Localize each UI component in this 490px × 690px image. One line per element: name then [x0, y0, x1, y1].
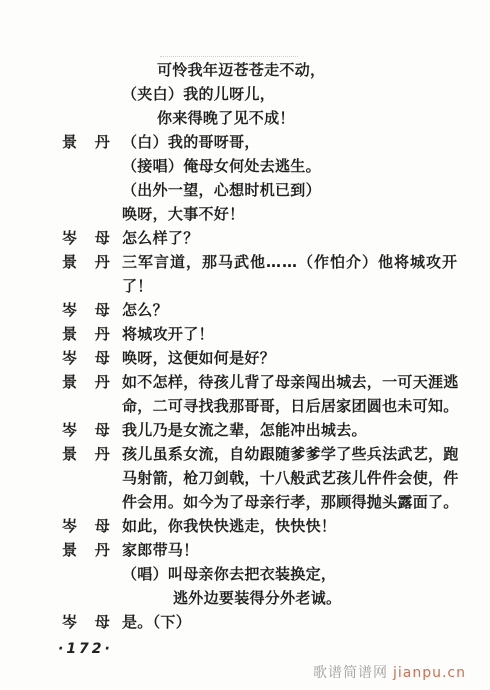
line-text: 了！: [122, 274, 153, 298]
watermark-site-url: jianpu.cn: [393, 665, 466, 681]
line-text: 唤呀，大事不好！: [122, 202, 244, 226]
watermark-site-name: 歌谱简谱网: [313, 665, 388, 681]
script-line: 逃外边要装得分外老诚。: [0, 586, 490, 610]
script-line: 命，二可寻找我那哥哥，日后居家团圆也未可知。: [0, 394, 490, 418]
script-line: 岑母如此，你我快快逃走，快快快！: [0, 514, 490, 538]
speaker-name: 景丹: [62, 370, 110, 394]
line-text: 将城攻开了！: [122, 322, 214, 346]
speaker-name: 景丹: [62, 538, 110, 562]
line-text: 命，二可寻找我那哥哥，日后居家团圆也未可知。: [122, 394, 459, 418]
speaker-name: 景丹: [62, 322, 110, 346]
script-line: （夹白）我的儿呀儿，: [0, 82, 490, 106]
line-text: （出外一望，心想时机已到）: [122, 178, 321, 202]
line-text: 三军言道，那马武他……（作怕介）他将城攻开: [122, 250, 458, 274]
script-line: 岑母是。（下）: [0, 610, 490, 634]
line-text: 你来得晚了见不成！: [157, 106, 295, 130]
script-line: 岑母怎么？: [0, 298, 490, 322]
script-line: 景丹三军言道，那马武他……（作怕介）他将城攻开: [0, 250, 490, 274]
script-line: （唱）叫母亲你去把衣装换定，: [0, 562, 490, 586]
speaker-name: 岑母: [62, 514, 110, 538]
line-text: 怎么样了？: [122, 226, 199, 250]
script-line: 景丹家郎带马！: [0, 538, 490, 562]
script-line: 了！: [0, 274, 490, 298]
speaker-name: 岑母: [62, 610, 110, 634]
script-line: 件会用。如今为了母亲行孝，那顾得抛头露面了。: [0, 490, 490, 514]
line-text: 我儿乃是女流之辈，怎能冲出城去。: [122, 418, 367, 442]
line-text: （接唱）俺母女何处去逃生。: [122, 154, 321, 178]
line-text: 如不怎样，待孩儿背了母亲闯出城去，一可天涯逃: [122, 370, 459, 394]
line-text: 是。（下）: [122, 610, 191, 634]
script-line: 景丹孩儿虽系女流，自幼跟随爹爹学了些兵法武艺，跑: [0, 442, 490, 466]
script-line: 景丹将城攻开了！: [0, 322, 490, 346]
script-line: 岑母怎么样了？: [0, 226, 490, 250]
line-text: 孩儿虽系女流，自幼跟随爹爹学了些兵法武艺，跑: [122, 442, 459, 466]
line-text: 件会用。如今为了母亲行孝，那顾得抛头露面了。: [122, 490, 459, 514]
speaker-name: 岑母: [62, 418, 110, 442]
script-line: 唤呀，大事不好！: [0, 202, 490, 226]
line-text: （唱）叫母亲你去把衣装换定，: [122, 562, 336, 586]
line-text: 可怜我年迈苍苍走不动，: [157, 58, 325, 82]
script-line: （出外一望，心想时机已到）: [0, 178, 490, 202]
line-text: 逃外边要装得分外老诚。: [173, 586, 341, 610]
script-line: 岑母唤呀，这便如何是好？: [0, 346, 490, 370]
line-text: 马射箭，枪刀剑戟，十八般武艺孩儿件件会使，件: [122, 466, 459, 490]
speaker-name: 景丹: [62, 442, 110, 466]
speaker-name: 岑母: [62, 226, 110, 250]
script-line: 可怜我年迈苍苍走不动，: [0, 58, 490, 82]
line-text: 如此，你我快快逃走，快快快！: [122, 514, 336, 538]
line-text: 家郎带马！: [122, 538, 199, 562]
line-text: 唤呀，这便如何是好？: [122, 346, 275, 370]
watermark: 歌谱简谱网jianpu.cn: [313, 662, 466, 682]
script-line: 景丹（白）我的哥呀哥，: [0, 130, 490, 154]
script-line: 马射箭，枪刀剑戟，十八般武艺孩儿件件会使，件: [0, 466, 490, 490]
line-text: （夹白）我的儿呀儿，: [122, 82, 275, 106]
script-body: 可怜我年迈苍苍走不动，（夹白）我的儿呀儿，你来得晚了见不成！景丹（白）我的哥呀哥…: [0, 58, 490, 634]
script-line: 你来得晚了见不成！: [0, 106, 490, 130]
speaker-name: 岑母: [62, 298, 110, 322]
script-line: （接唱）俺母女何处去逃生。: [0, 154, 490, 178]
book-page: 可怜我年迈苍苍走不动，（夹白）我的儿呀儿，你来得晚了见不成！景丹（白）我的哥呀哥…: [0, 0, 490, 690]
script-line: 景丹如不怎样，待孩儿背了母亲闯出城去，一可天涯逃: [0, 370, 490, 394]
line-text: （白）我的哥呀哥，: [122, 130, 260, 154]
page-number: ·172·: [58, 641, 113, 657]
speaker-name: 景丹: [62, 130, 110, 154]
script-line: 岑母我儿乃是女流之辈，怎能冲出城去。: [0, 418, 490, 442]
line-text: 怎么？: [122, 298, 168, 322]
speaker-name: 景丹: [62, 250, 110, 274]
speaker-name: 岑母: [62, 346, 110, 370]
